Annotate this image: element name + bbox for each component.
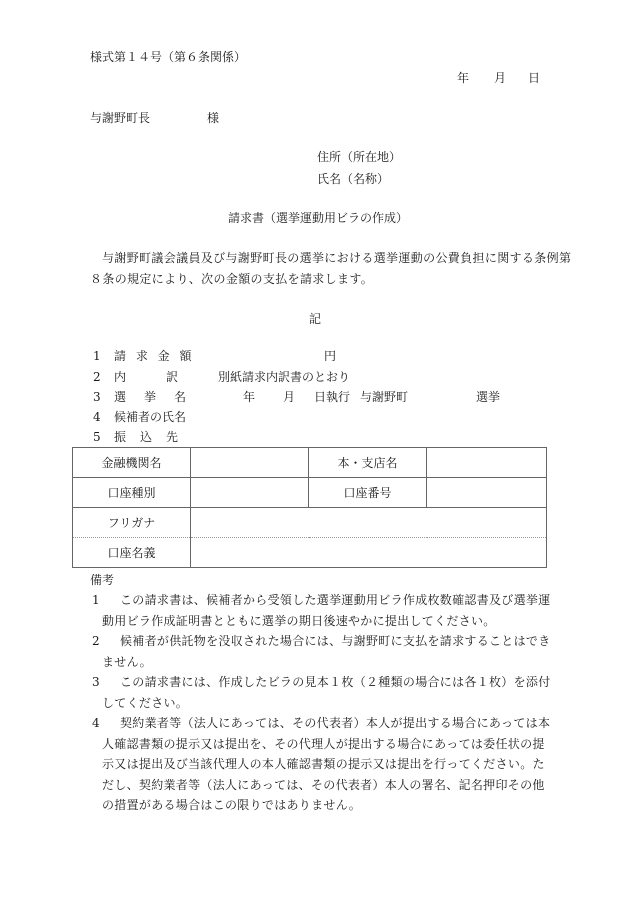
- honorific: 様: [207, 110, 219, 126]
- note-number: 1: [92, 590, 100, 611]
- item-label: 候補者の氏名: [114, 409, 186, 425]
- note-item: 2 候補者が供託物を没収された場合には、与謝野町に支払を請求することはできません…: [92, 631, 552, 672]
- note-text: この請求書には、作成したビラの見本１枚（２種類の場合には各１枚）を添付してくださ…: [102, 672, 552, 713]
- item-label: 選 挙 名: [114, 389, 189, 405]
- furigana-field[interactable]: [191, 508, 547, 538]
- item-value: 別紙請求内訳書のとおり: [218, 369, 350, 385]
- account-number-label: 口座番号: [309, 478, 427, 508]
- account-holder-label: 口座名義: [73, 538, 191, 568]
- note-number: 2: [92, 631, 100, 652]
- account-type-field[interactable]: [191, 478, 309, 508]
- ki-marker: 記: [309, 311, 321, 327]
- bank-account-table: 金融機関名 本・支店名 口座種別 口座番号 フリガナ 口座名義: [72, 447, 547, 568]
- note-item: 3 この請求書には、作成したビラの見本１枚（２種類の場合には各１枚）を添付してく…: [92, 672, 552, 713]
- furigana-label: フリガナ: [73, 508, 191, 538]
- table-row: 口座種別 口座番号: [73, 478, 547, 508]
- date-year-label: 年: [457, 70, 469, 86]
- bank-name-label: 金融機関名: [73, 448, 191, 478]
- account-holder-field[interactable]: [191, 538, 547, 568]
- addressee: 与謝野町長: [90, 110, 150, 126]
- election-year-label: 年: [243, 389, 255, 405]
- branch-name-label: 本・支店名: [309, 448, 427, 478]
- table-row: 金融機関名 本・支店名: [73, 448, 547, 478]
- document-title: 請求書（選挙運動用ビラの作成）: [228, 210, 408, 226]
- note-number: 3: [92, 672, 100, 693]
- bank-name-field[interactable]: [191, 448, 309, 478]
- note-text: この請求書は、候補者から受領した選挙運動用ビラ作成枚数確認書及び選挙運動用ビラ作…: [102, 590, 552, 631]
- note-text: 契約業者等（法人にあっては、その代表者）本人が提出する場合にあっては本人確認書類…: [102, 713, 552, 816]
- notes-heading: 備考: [90, 572, 114, 588]
- account-type-label: 口座種別: [73, 478, 191, 508]
- note-item: 1 この請求書は、候補者から受領した選挙運動用ビラ作成枚数確認書及び選挙運動用ビ…: [92, 590, 552, 631]
- table-row: 口座名義: [73, 538, 547, 568]
- item-number: 2: [93, 369, 101, 385]
- election-suffix: 選挙: [476, 389, 500, 405]
- address-label: 住所（所在地）: [317, 149, 401, 165]
- election-month-label: 月: [283, 389, 295, 405]
- form-number: 様式第１４号（第６条関係）: [90, 49, 246, 65]
- note-item: 4 契約業者等（法人にあっては、その代表者）本人が提出する場合にあっては本人確認…: [92, 713, 552, 816]
- name-label: 氏名（名称）: [317, 171, 389, 187]
- yen-unit: 円: [324, 348, 336, 364]
- table-row: フリガナ: [73, 508, 547, 538]
- election-day-exec-label: 日執行: [314, 389, 350, 405]
- item-number: 3: [93, 389, 101, 405]
- item-label: 振 込 先: [114, 429, 179, 445]
- election-town: 与謝野町: [360, 389, 408, 405]
- item-label: 請 求 金 額: [114, 348, 194, 364]
- note-text: 候補者が供託物を没収された場合には、与謝野町に支払を請求することはできません。: [102, 631, 552, 672]
- body-text-line-1: 与謝野町議会議員及び与謝野町長の選挙における選挙運動の公費負担に関する条例第: [102, 250, 571, 266]
- item-number: 4: [93, 409, 101, 425]
- item-number: 5: [93, 429, 101, 445]
- item-label: 内 訳: [114, 369, 179, 385]
- date-month-label: 月: [494, 70, 506, 86]
- note-number: 4: [92, 713, 100, 734]
- item-number: 1: [93, 348, 101, 364]
- body-text-line-2: ８条の規定により、次の金額の支払を請求します。: [90, 271, 373, 287]
- date-day-label: 日: [528, 70, 540, 86]
- branch-name-field[interactable]: [427, 448, 547, 478]
- account-number-field[interactable]: [427, 478, 547, 508]
